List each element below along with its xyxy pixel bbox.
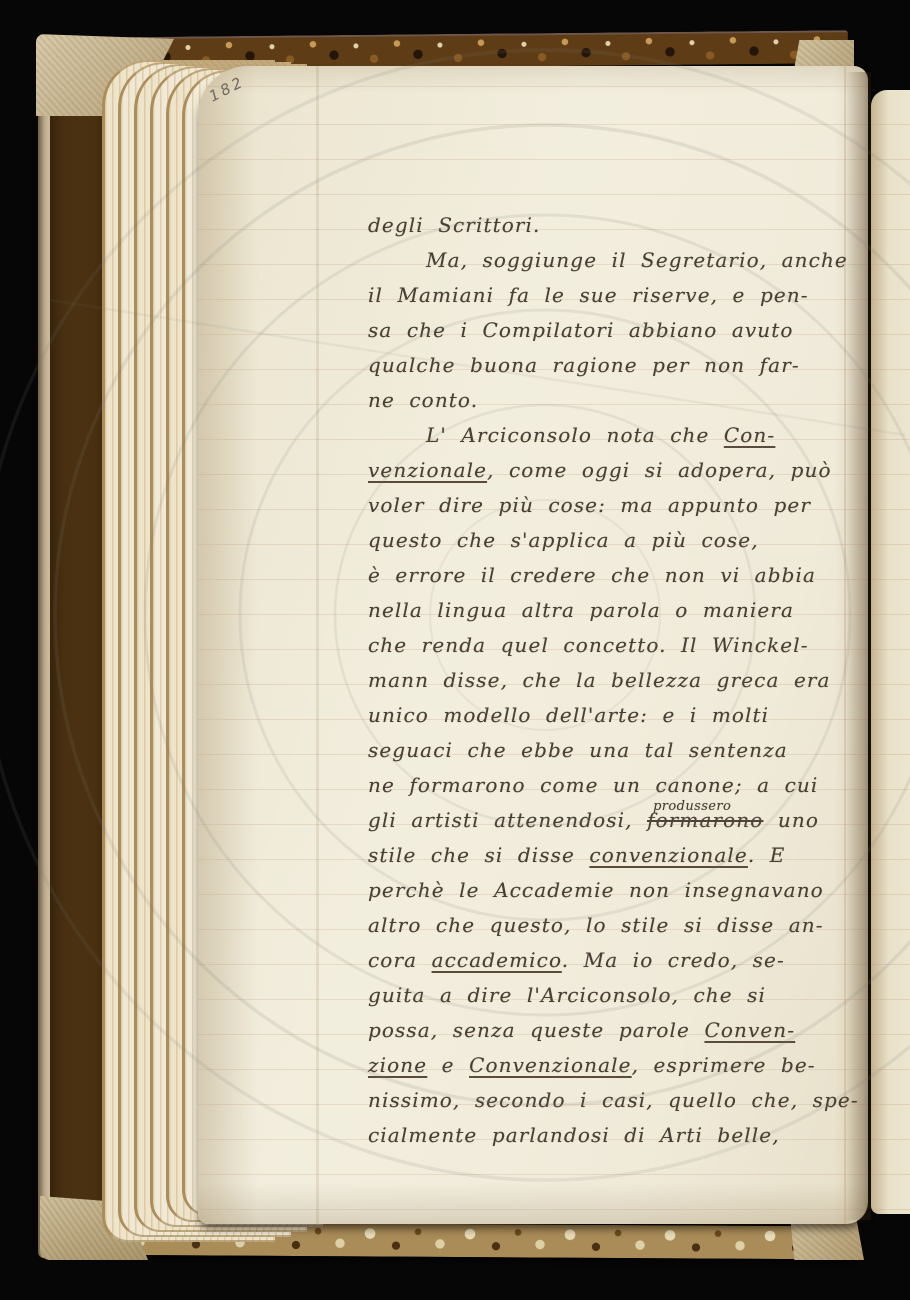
manuscript-line: Ma, soggiunge il Segretario, anche	[368, 243, 868, 278]
manuscript-line: qualche buona ragione per non far-	[368, 348, 868, 383]
inserted-word: produssero	[653, 789, 731, 824]
manuscript-line: voler dire più cose: ma appunto per	[368, 488, 868, 523]
manuscript-line: che renda quel concetto. Il Winckel-	[368, 628, 868, 663]
manuscript-line: questo che s'applica a più cose,	[368, 523, 868, 558]
manuscript-line: unico modello dell'arte: e i molti	[368, 698, 868, 733]
marbled-cover-spine	[50, 52, 110, 1256]
manuscript-line: nella lingua altra parola o maniera	[368, 593, 868, 628]
manuscript-line: degli Scrittori.	[368, 208, 868, 243]
manuscript-line: nissimo, secondo i casi, quello che, spe…	[368, 1083, 868, 1118]
manuscript-line: stile che si disse convenzionale. E	[368, 838, 868, 873]
manuscript-line: venzionale, come oggi si adopera, può	[368, 453, 868, 488]
manuscript-line: cialmente parlandosi di Arti belle,	[368, 1118, 868, 1153]
manuscript-line: seguaci che ebbe una tal sentenza	[368, 733, 868, 768]
correction: produsseroformarono	[647, 803, 763, 838]
manuscript-line: cora accademico. Ma io credo, se-	[368, 943, 868, 978]
manuscript-line: L' Arciconsolo nota che Con-	[368, 418, 868, 453]
manuscript-line: il Mamiani fa le sue riserve, e pen-	[368, 278, 868, 313]
manuscript-line: ne conto.	[368, 383, 868, 418]
manuscript-line: possa, senza queste parole Conven-	[368, 1013, 868, 1048]
manuscript-line: sa che i Compilatori abbiano avuto	[368, 313, 868, 348]
manuscript-line: mann disse, che la bellezza greca era	[368, 663, 868, 698]
manuscript-lines: degli Scrittori.Ma, soggiunge il Segreta…	[368, 208, 868, 1153]
manuscript-line: gli artisti attenendosi, produsseroforma…	[368, 803, 868, 838]
manuscript-line: è errore il credere che non vi abbia	[368, 558, 868, 593]
manuscript-line: zione e Convenzionale, esprimere be-	[368, 1048, 868, 1083]
manuscript-line: altro che questo, lo stile si disse an-	[368, 908, 868, 943]
photo-backdrop: { "book": { "page_number": "182", "scrip…	[0, 0, 910, 1300]
manuscript-line: ne formarono come un canone; a cui	[368, 768, 868, 803]
manuscript-line: guita a dire l'Arciconsolo, che si	[368, 978, 868, 1013]
manuscript-line: perchè le Accademie non insegnavano	[368, 873, 868, 908]
facing-page-sliver	[871, 90, 910, 1214]
